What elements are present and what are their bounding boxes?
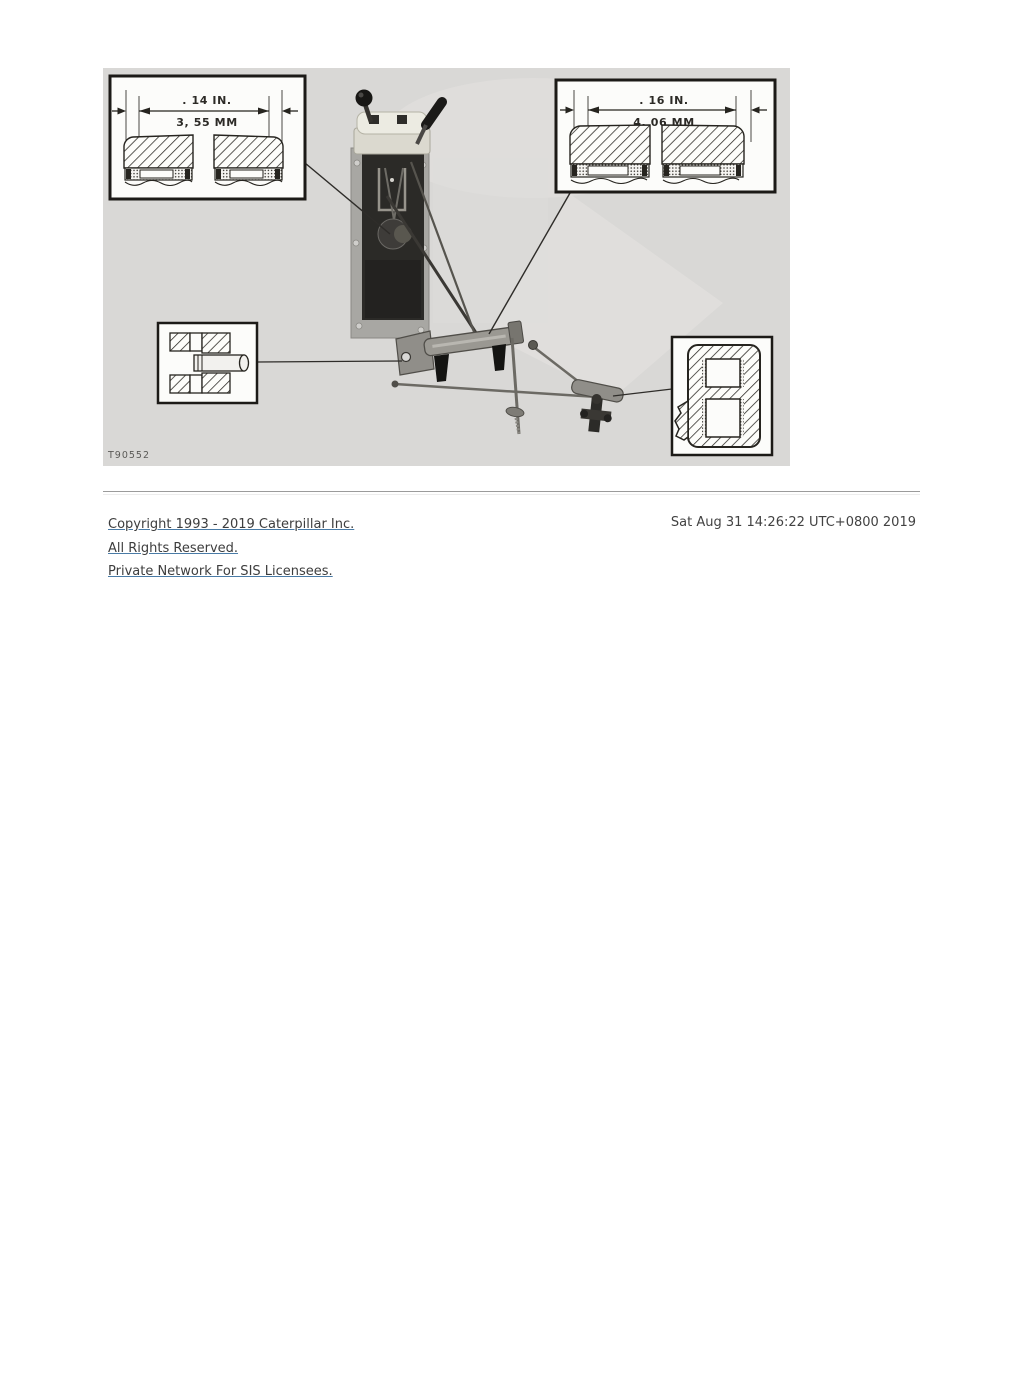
page-footer: Copyright 1993 - 2019 Caterpillar Inc. A… — [108, 513, 916, 584]
footer-links: Copyright 1993 - 2019 Caterpillar Inc. A… — [108, 513, 354, 584]
inset-detail-bottom-left — [158, 323, 257, 403]
inset-detail-bottom-right — [672, 337, 772, 455]
inset-detail-top-right: . 16 IN. 4, 06 MM — [556, 80, 775, 192]
dimension-mm-355: 3, 55 MM — [176, 116, 238, 129]
figure-photo: . 14 IN. 3, 55 MM — [103, 68, 790, 466]
footer-divider — [103, 491, 920, 495]
sis-licensees-link[interactable]: Private Network For SIS Licensees. — [108, 560, 333, 584]
copyright-link[interactable]: Copyright 1993 - 2019 Caterpillar Inc. — [108, 513, 354, 537]
timestamp: Sat Aug 31 14:26:22 UTC+0800 2019 — [671, 513, 916, 533]
rights-reserved-link[interactable]: All Rights Reserved. — [108, 537, 238, 561]
service-manual-figure: . 14 IN. 3, 55 MM — [103, 68, 790, 466]
photo-id-label: T90552 — [107, 450, 150, 461]
dimension-inches-14: . 14 IN. — [182, 94, 231, 107]
dimension-inches-16: . 16 IN. — [639, 94, 688, 107]
inset-detail-top-left: . 14 IN. 3, 55 MM — [110, 76, 305, 199]
